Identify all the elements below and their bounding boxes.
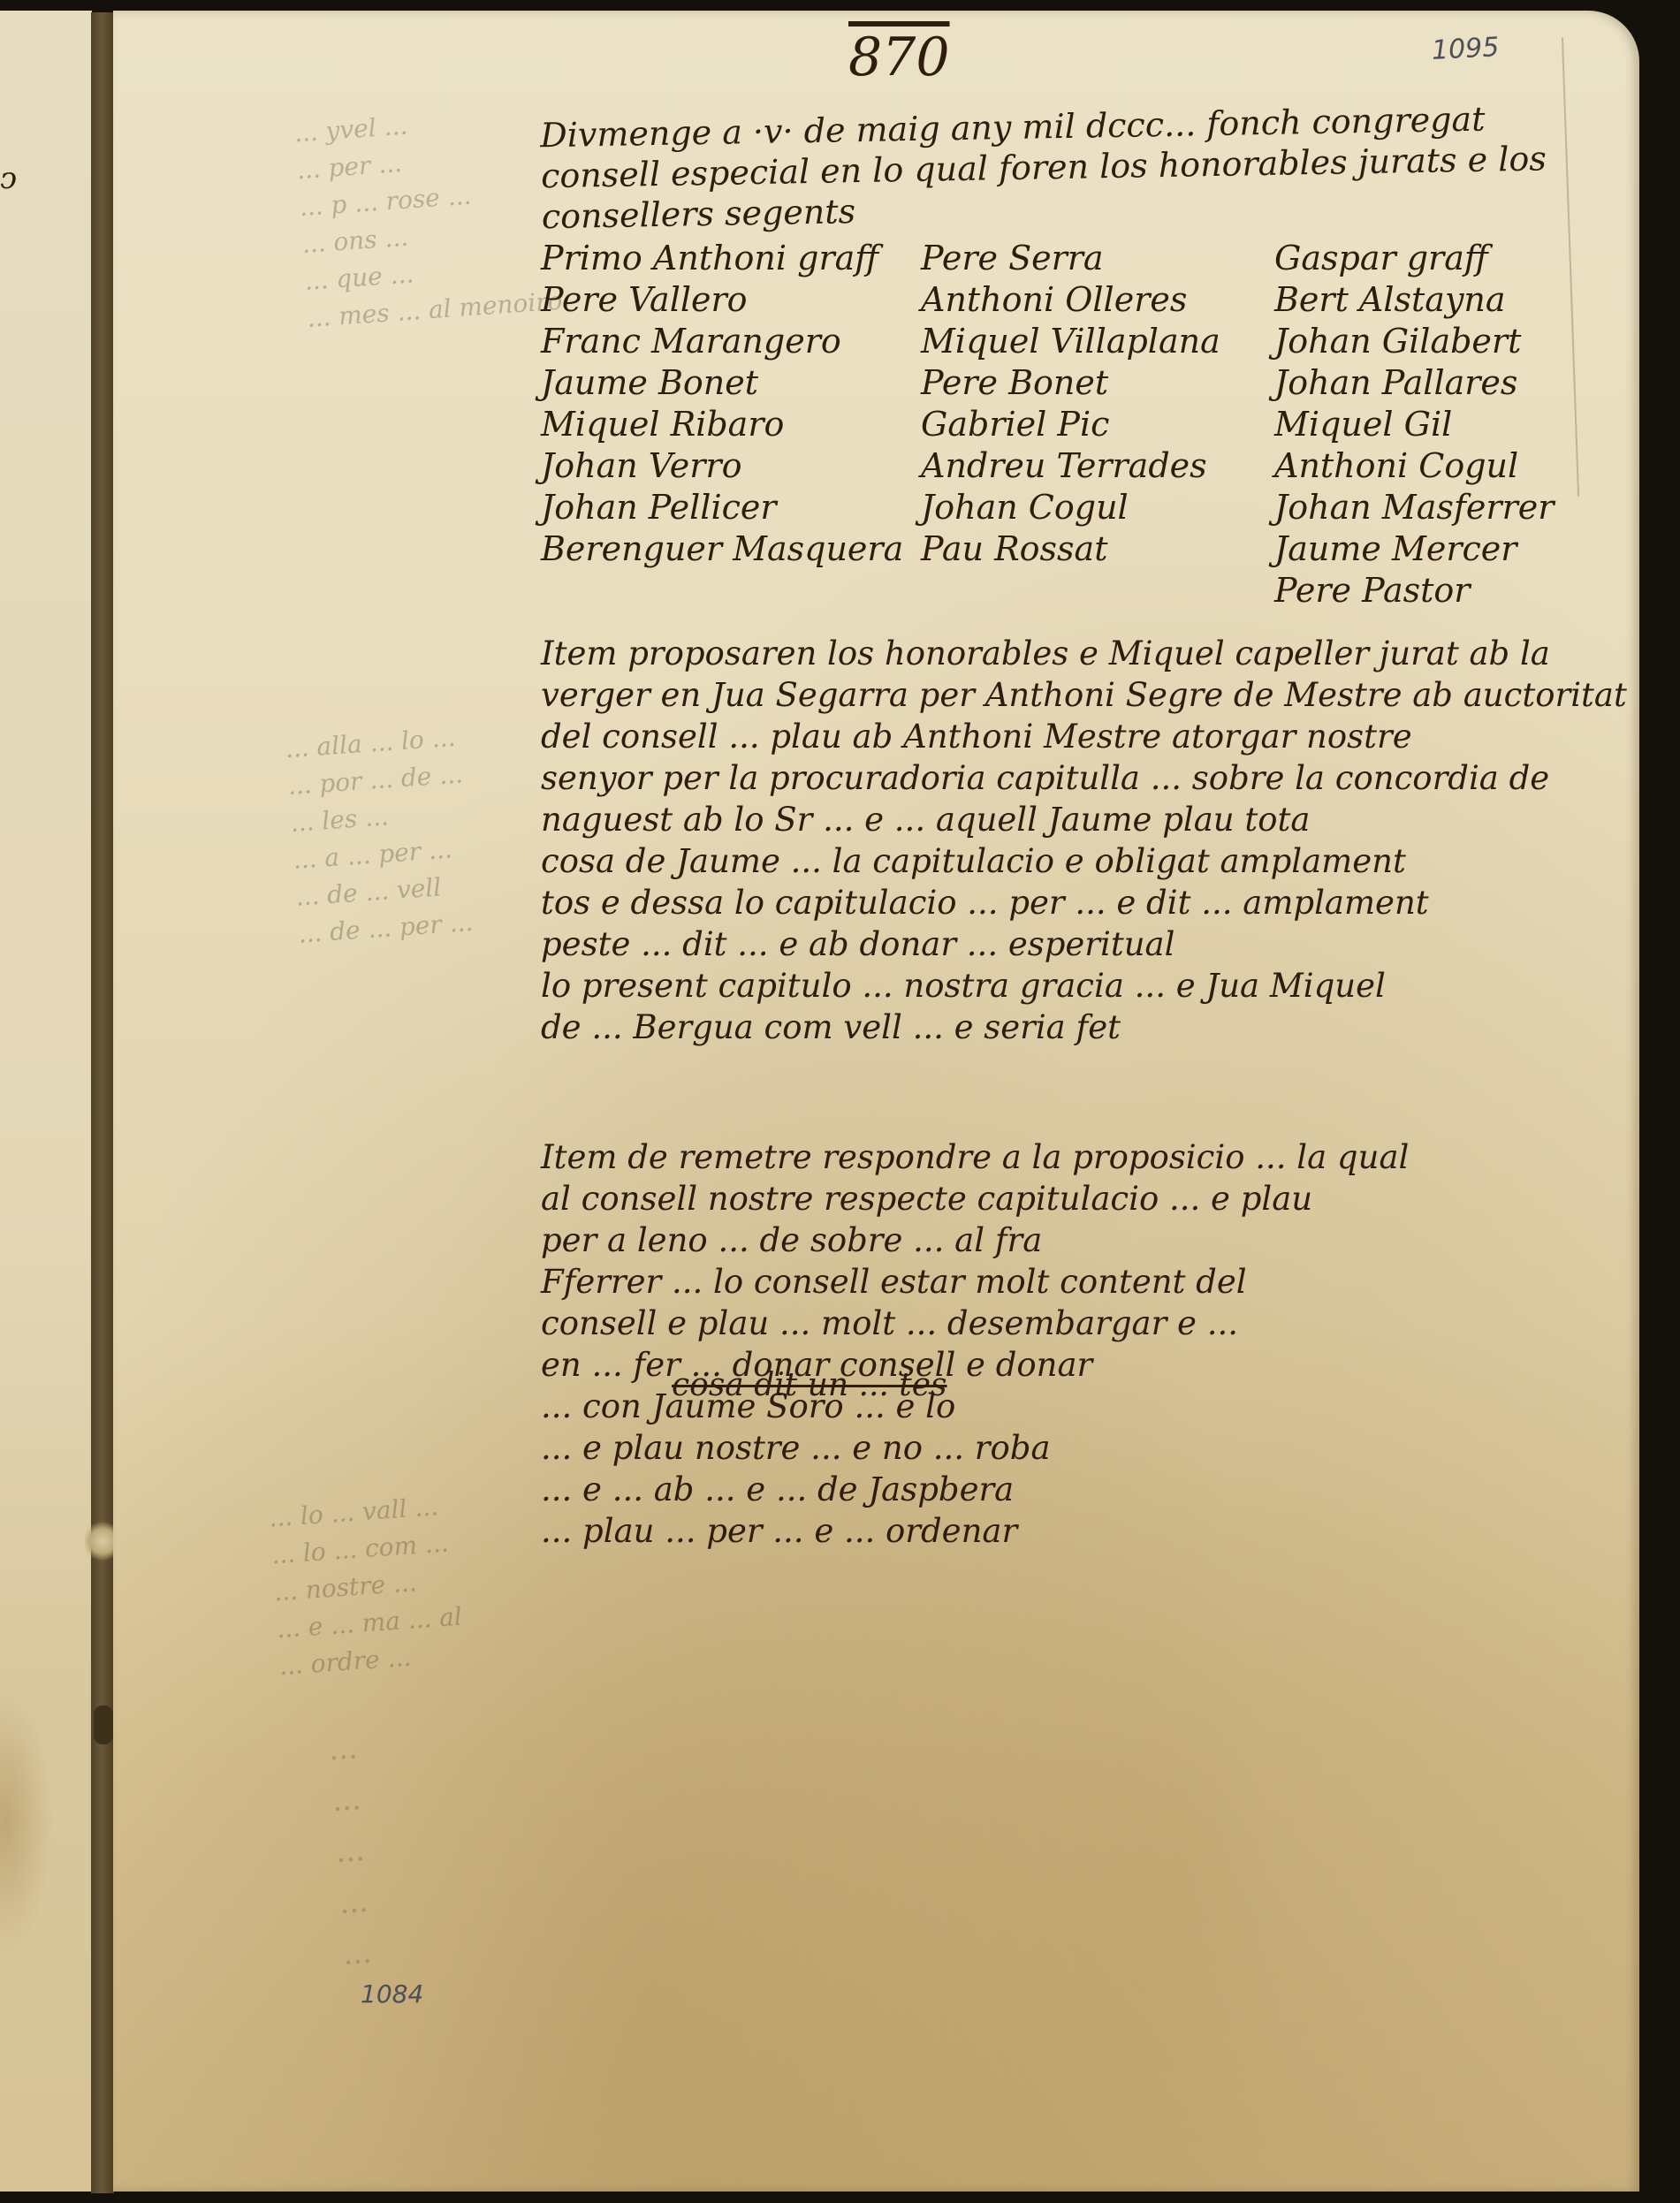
attendee-name: Gabriel Pic [921, 405, 1274, 446]
scan-background: ↄ 870 1095 1084 ... yvel ... ... per ...… [0, 0, 1680, 2203]
attendee-name: Miquel Ribaro [541, 405, 921, 446]
attendee-name: Anthoni Cogul [1274, 446, 1601, 488]
bleed-through-middle: ... alla ... lo ... ... por ... de ... .… [284, 718, 474, 953]
attendee-name: Pere Pastor [1274, 571, 1601, 612]
folio-number-top: 1095 [1431, 32, 1500, 66]
attendee-name: Franc Marangero [541, 322, 921, 363]
left-page-edge: ↄ [0, 11, 92, 2192]
attendee-name: Miquel Gil [1274, 405, 1601, 446]
attendee-name: Johan Cogul [921, 488, 1274, 529]
ink-fragment: ↄ [0, 161, 17, 196]
attendee-name: Johan Pallares [1274, 363, 1601, 405]
bleed-through-lower: ... lo ... vall ... ... lo ... com ... .… [268, 1487, 466, 1685]
attendee-name: Bert Alstayna [1274, 280, 1601, 322]
attendee-name: Jaume Bonet [541, 363, 921, 405]
attendee-name: Primo Anthoni graff [541, 239, 921, 280]
attendee-name: Johan Pellicer [541, 488, 921, 529]
struck-through-text: cosa dit un ... tes [672, 1367, 947, 1403]
attendee-name: Pere Bonet [921, 363, 1274, 405]
binding-thread-knot [94, 1705, 113, 1744]
attendee-column-1: Primo Anthoni graff Pere Vallero Franc M… [541, 239, 921, 612]
resolution-paragraph-2: Item de remetre respondre a la proposici… [541, 1136, 1601, 1552]
folio-number-bottom: 1084 [361, 1979, 423, 2009]
binding-gutter [91, 12, 114, 2193]
attendee-name: Johan Verro [541, 446, 921, 488]
attendee-name: Berenguer Masquera [541, 529, 921, 571]
attendee-list: Primo Anthoni graff Pere Vallero Franc M… [541, 239, 1601, 612]
resolution-paragraph-1: Item proposaren los honorables e Miquel … [541, 633, 1601, 1048]
attendee-name: Miquel Villaplana [921, 322, 1274, 363]
attendee-name: Pau Rossat [921, 529, 1274, 571]
attendee-name: Pere Vallero [541, 280, 921, 322]
attendee-name: Jaume Mercer [1274, 529, 1601, 571]
attendee-column-3: Gaspar graff Bert Alstayna Johan Gilaber… [1274, 239, 1601, 612]
attendee-name: Johan Masferrer [1274, 488, 1601, 529]
old-folio-number: 870 [848, 27, 950, 88]
attendee-name: Andreu Terrades [921, 446, 1274, 488]
attendee-column-2: Pere Serra Anthoni Olleres Miquel Villap… [921, 239, 1274, 612]
session-heading: Divmenge a ·v· de maig any mil dccc... f… [540, 97, 1585, 238]
attendee-name: Gaspar graff [1274, 239, 1601, 280]
bleed-through-upper: ... yvel ... ... per ... ... p ... rose … [293, 97, 564, 338]
attendee-name: Anthoni Olleres [921, 280, 1274, 322]
water-stain [0, 1690, 53, 1955]
attendee-name: Pere Serra [921, 239, 1274, 280]
attendee-name: Johan Gilabert [1274, 322, 1601, 363]
